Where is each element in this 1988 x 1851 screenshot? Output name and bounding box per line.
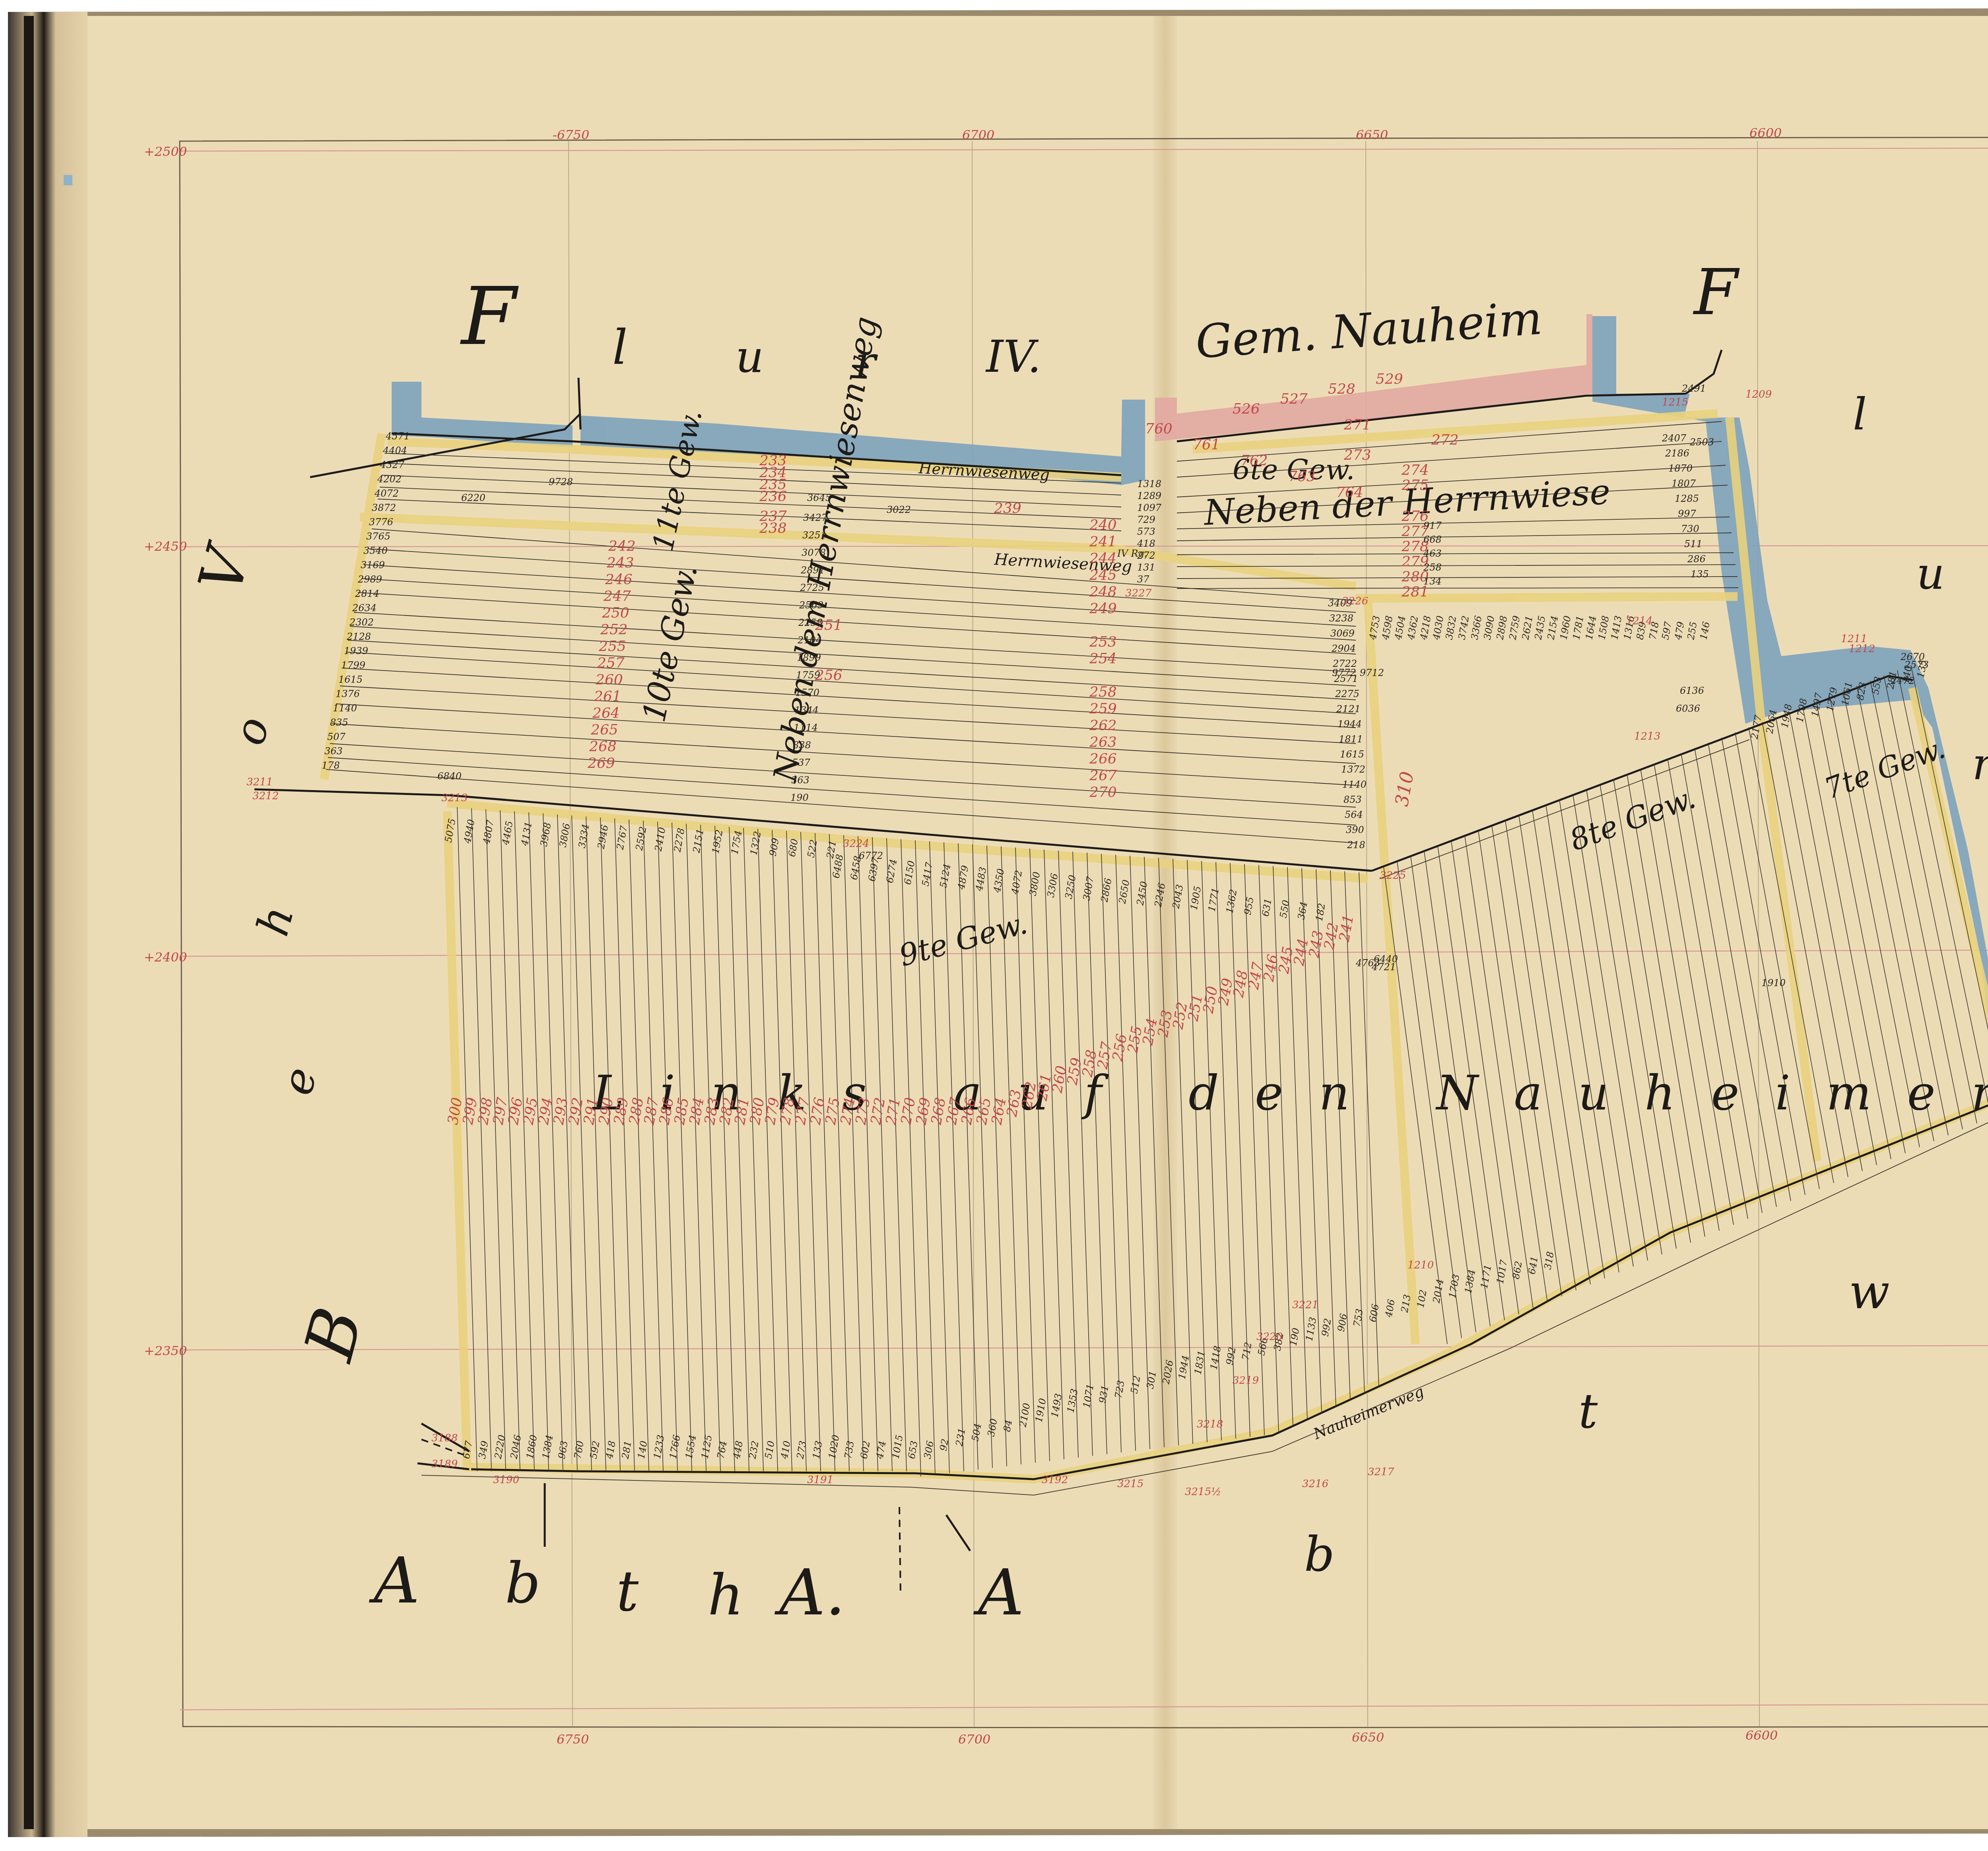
bottom-letter-t: t [616, 1559, 639, 1624]
measure-g6-left: 1289 [1137, 490, 1161, 501]
parcel-number: 258 [1089, 684, 1117, 700]
measure-left: 2302 [349, 617, 374, 628]
parcel-number: 247 [603, 588, 631, 604]
parcel-number: 274 [1401, 462, 1429, 478]
book-binding [8, 12, 87, 1837]
measure-right: 2275 [1335, 688, 1359, 699]
measure-left: 363 [324, 746, 343, 757]
parcel-number: 268 [589, 738, 617, 755]
measure-diag: 3022 [887, 504, 911, 515]
measure-left: 1799 [341, 660, 365, 671]
bottom-letter-b: b [505, 1551, 541, 1616]
measure-right: 2904 [1331, 643, 1356, 654]
boundary-point: 3216 [1302, 1478, 1328, 1490]
bottom-letter-a2: A. [774, 1555, 845, 1630]
measure-g6-right: 1870 [1668, 463, 1693, 474]
flur-letter-u: u [736, 331, 764, 382]
measure-g6-inner: 668 [1423, 534, 1442, 545]
bottom-letter-a1: A [369, 1543, 420, 1618]
misc-label: IV Rg. [1117, 548, 1147, 559]
parcel-number: 271 [1343, 417, 1371, 433]
grid-left-3: +2400 [144, 950, 187, 965]
measure-g6-right: 1285 [1675, 493, 1699, 504]
measure-mid: 190 [790, 792, 809, 803]
measure-left: 4571 [385, 431, 410, 442]
measure-diag: 6840 [437, 771, 462, 782]
boundary-point: 3218 [1197, 1418, 1223, 1430]
parcel-number: 269 [587, 755, 615, 771]
boundary-point: 3217 [1368, 1466, 1394, 1478]
flur-letter-l: l [612, 320, 627, 375]
measure-g6-inner: 258 [1423, 562, 1442, 573]
boundary-point: 1209 [1745, 388, 1772, 400]
measure-left: 178 [322, 760, 340, 771]
measure-g6-left: 418 [1137, 538, 1155, 549]
parcel-number: 257 [597, 655, 625, 671]
measure-right: 853 [1343, 794, 1362, 805]
cadastral-map: -6750 6700 6650 6600 6550 +2500 +2450 +2… [0, 0, 1988, 1851]
parcel-number: 236 [759, 488, 787, 505]
measure-mid: 363 [791, 775, 810, 786]
measure-mid: 1114 [794, 722, 818, 733]
boundary-point: 1210 [1408, 1259, 1434, 1271]
measure-diag: 9772 [1332, 667, 1356, 678]
measure-mid: 838 [793, 740, 811, 751]
boundary-point: 3189 [431, 1458, 458, 1470]
parcel-number: 246 [605, 571, 633, 588]
grid-top-4: 6600 [1749, 125, 1782, 140]
measure-diag: 6772 [859, 850, 883, 861]
parcel-number: 252 [600, 622, 628, 638]
measure-left: 2128 [346, 631, 371, 642]
measure-mid: 537 [792, 757, 811, 768]
measure-mid: 2569 [799, 600, 823, 611]
measure-g6-left: 1318 [1137, 478, 1161, 489]
boundary-point: 1212 [1849, 643, 1875, 655]
parcel-number: 760 [1145, 421, 1173, 437]
parcel-number: 270 [1089, 784, 1117, 800]
boundary-point: 3226 [1342, 595, 1368, 607]
measure-diag: 9728 [549, 476, 573, 488]
parcel-number: 245 [1089, 567, 1117, 583]
measure-g6-right: 511 [1684, 538, 1703, 550]
measure-diag: 6036 [1676, 703, 1700, 714]
parcel-number: 272 [1431, 432, 1459, 448]
measure-right: 1944 [1338, 719, 1362, 730]
measure-mid: 3427 [803, 512, 828, 523]
right-letter-l: l [1853, 389, 1867, 440]
measure-mid: 2104 [797, 635, 822, 646]
flur-letter-f: F [460, 270, 519, 363]
parcel-number: 240 [1089, 517, 1117, 533]
measure-diag: 9712 [1360, 667, 1384, 678]
measure-left: 1376 [336, 688, 360, 699]
measure-right: 390 [1346, 824, 1364, 835]
bottom-letter-a3: A [973, 1555, 1024, 1630]
measure-g6-right: 1807 [1672, 478, 1696, 489]
measure-left: 4404 [382, 445, 407, 456]
measure-left: 3872 [372, 502, 396, 513]
grid-bottom-2: 6700 [958, 1732, 990, 1747]
parcel-number: 528 [1328, 381, 1355, 397]
parcel-number: 255 [598, 638, 626, 655]
parcel-number: 241 [1089, 534, 1117, 550]
parcel-number: 238 [759, 520, 787, 536]
grid-bottom-1: 6750 [557, 1732, 589, 1747]
parcel-number: 275 [1401, 477, 1429, 493]
parcel-number: 242 [608, 538, 636, 554]
parcel-number: 260 [595, 672, 623, 688]
measure-g6-right: 2186 [1665, 448, 1689, 459]
misc-label: 2472 [1890, 675, 1915, 686]
measure-g6-right: 286 [1687, 554, 1706, 565]
measure-g6-right: 730 [1681, 523, 1699, 534]
misc-label: 1910 [1761, 977, 1786, 989]
boundary-point: 3215½ [1185, 1486, 1221, 1498]
right-letter-u: u [1916, 548, 1945, 599]
parcel-number: 527 [1280, 391, 1308, 407]
measure-right: 564 [1345, 809, 1363, 820]
measure-mid: 2258 [798, 617, 823, 628]
measure-mid: 2725 [800, 582, 824, 593]
parcel-number: 249 [1089, 600, 1117, 617]
right-bottom-letter-b: b [1304, 1527, 1335, 1582]
measure-left: 3776 [369, 517, 393, 528]
right-bottom-letter-w: w [1849, 1264, 1890, 1320]
boundary-point: 3211 [247, 776, 273, 788]
measure-left: 1615 [338, 674, 363, 685]
boundary-point: 1215 [1662, 396, 1688, 408]
right-bottom-letter-t: t [1578, 1384, 1598, 1439]
measure-right: 3069 [1330, 628, 1355, 639]
measure-right: 3238 [1329, 613, 1353, 624]
parcel-number: 764 [1336, 484, 1363, 501]
measure-mid: 1570 [795, 687, 819, 698]
parcel-number: 529 [1376, 371, 1403, 387]
measure-left: 2989 [357, 574, 382, 585]
boundary-point: 1214 [1626, 615, 1652, 627]
measure-mid: 3251 [802, 530, 827, 541]
measure-mid: 1899 [797, 652, 821, 663]
parcel-number: 261 [594, 688, 621, 705]
measure-mid: 1344 [794, 705, 819, 716]
measure-left: 4327 [380, 459, 405, 470]
measure-left: 2634 [352, 602, 377, 614]
measure-g6-right: 997 [1678, 508, 1697, 519]
parcel-number: 265 [590, 722, 618, 738]
bottom-letter-h: h [708, 1563, 744, 1628]
boundary-point: 3213 [441, 792, 468, 804]
measure-g6-left: 573 [1137, 526, 1155, 537]
parcel-number: 264 [592, 705, 620, 721]
measure-diag: 4721 [1371, 961, 1396, 973]
measure-g6-left: 37 [1137, 574, 1149, 585]
parcel-number: 263 [1089, 734, 1117, 750]
parcel-number: 763 [1288, 468, 1316, 485]
misc-label: 2491 [1681, 383, 1706, 394]
parcel-number: 243 [606, 555, 634, 571]
boundary-point: 3192 [1042, 1474, 1068, 1486]
parcel-number: 762 [1241, 453, 1268, 469]
misc-label: 2573 [1904, 659, 1929, 670]
boundary-point: 3190 [493, 1474, 519, 1486]
parcel-number: 259 [1089, 701, 1117, 717]
measure-diag: 6220 [461, 492, 485, 503]
parcel-number: 262 [1089, 717, 1117, 734]
measure-bottom: 84 [1001, 1419, 1014, 1433]
measure-mid: 2891 [800, 565, 825, 576]
measure-g6-inner: 917 [1423, 520, 1442, 531]
parcel-number: 273 [1343, 447, 1371, 463]
measure-right: 1140 [1342, 779, 1367, 790]
center-fold [1153, 16, 1177, 1829]
parcel-number: 248 [1089, 584, 1117, 600]
measure-right: 218 [1347, 839, 1365, 851]
grid-left-4: +2350 [144, 1343, 187, 1358]
grid-left-2: +2450 [144, 539, 187, 554]
measure-left: 4202 [377, 474, 402, 485]
flur-number: IV. [985, 331, 1041, 382]
map-page: -6750 6700 6650 6600 6550 +2500 +2450 +2… [0, 0, 1988, 1851]
parcel-number: 267 [1089, 767, 1117, 784]
measure-right: 1615 [1340, 749, 1364, 760]
right-letter-f: F [1693, 255, 1740, 329]
measure-g6-inner: 134 [1423, 576, 1442, 587]
boundary-point: 3188 [431, 1432, 458, 1444]
right-letter-r: r [1972, 739, 1988, 790]
measure-g6-left: 729 [1137, 514, 1155, 525]
boundary-point: 3215 [1117, 1478, 1143, 1490]
measure-right: 2121 [1336, 703, 1361, 715]
measure-mid: 1759 [796, 670, 820, 681]
measure-left: 1939 [344, 645, 368, 656]
grid-bottom-4: 6600 [1745, 1728, 1778, 1743]
measure-left: 2814 [355, 588, 379, 599]
measure-g6-left: 1097 [1137, 502, 1162, 513]
measure-mid: 3078 [802, 547, 826, 558]
measure-left: 4072 [374, 488, 399, 499]
measure-diag: 3645 [807, 492, 831, 503]
measure-bottom: 92 [938, 1438, 951, 1452]
parcel-number: 239 [994, 500, 1021, 517]
measure-diag: 6136 [1680, 685, 1704, 696]
parcel-number: 266 [1089, 751, 1117, 767]
parcel-number: 253 [1089, 634, 1117, 650]
parcel-number: 244 [1089, 550, 1117, 567]
measure-left: 507 [327, 731, 346, 742]
parcel-number: 250 [602, 605, 629, 621]
measure-g6-right: 2407 [1662, 433, 1687, 444]
grid-top-3: 6650 [1356, 127, 1388, 142]
measure-g6-left: 131 [1137, 562, 1155, 573]
parcel-number: 526 [1233, 401, 1260, 417]
measure-left: 3540 [363, 545, 388, 556]
boundary-point: 3225 [1380, 870, 1406, 882]
boundary-point: 3220 [1256, 1331, 1283, 1343]
boundary-point: 3224 [843, 838, 869, 850]
boundary-point: 3219 [1233, 1375, 1259, 1387]
misc-label: 2503 [1689, 437, 1714, 448]
parcel-number: 761 [1193, 437, 1220, 453]
boundary-point: 1213 [1634, 730, 1660, 742]
grid-bottom-3: 6650 [1352, 1730, 1384, 1745]
boundary-point: 3221 [1292, 1299, 1318, 1311]
measure-g6-right: 135 [1691, 569, 1709, 580]
parcel-number: 254 [1089, 651, 1117, 667]
measure-left: 835 [330, 717, 348, 728]
boundary-point: 3212 [252, 790, 279, 802]
boundary-point: 3191 [807, 1474, 833, 1486]
grid-top-1: -6750 [553, 127, 589, 142]
measure-left: 1140 [333, 703, 357, 714]
measure-g6-inner: 463 [1423, 548, 1442, 559]
grid-left-1: +2500 [144, 144, 187, 159]
measure-right: 1372 [1341, 764, 1365, 775]
measure-left: 3765 [366, 531, 390, 542]
boundary-point: 3227 [1125, 587, 1152, 599]
measure-left: 3169 [361, 559, 385, 571]
measure-right: 1811 [1339, 734, 1363, 745]
grid-top-2: 6700 [962, 127, 994, 142]
